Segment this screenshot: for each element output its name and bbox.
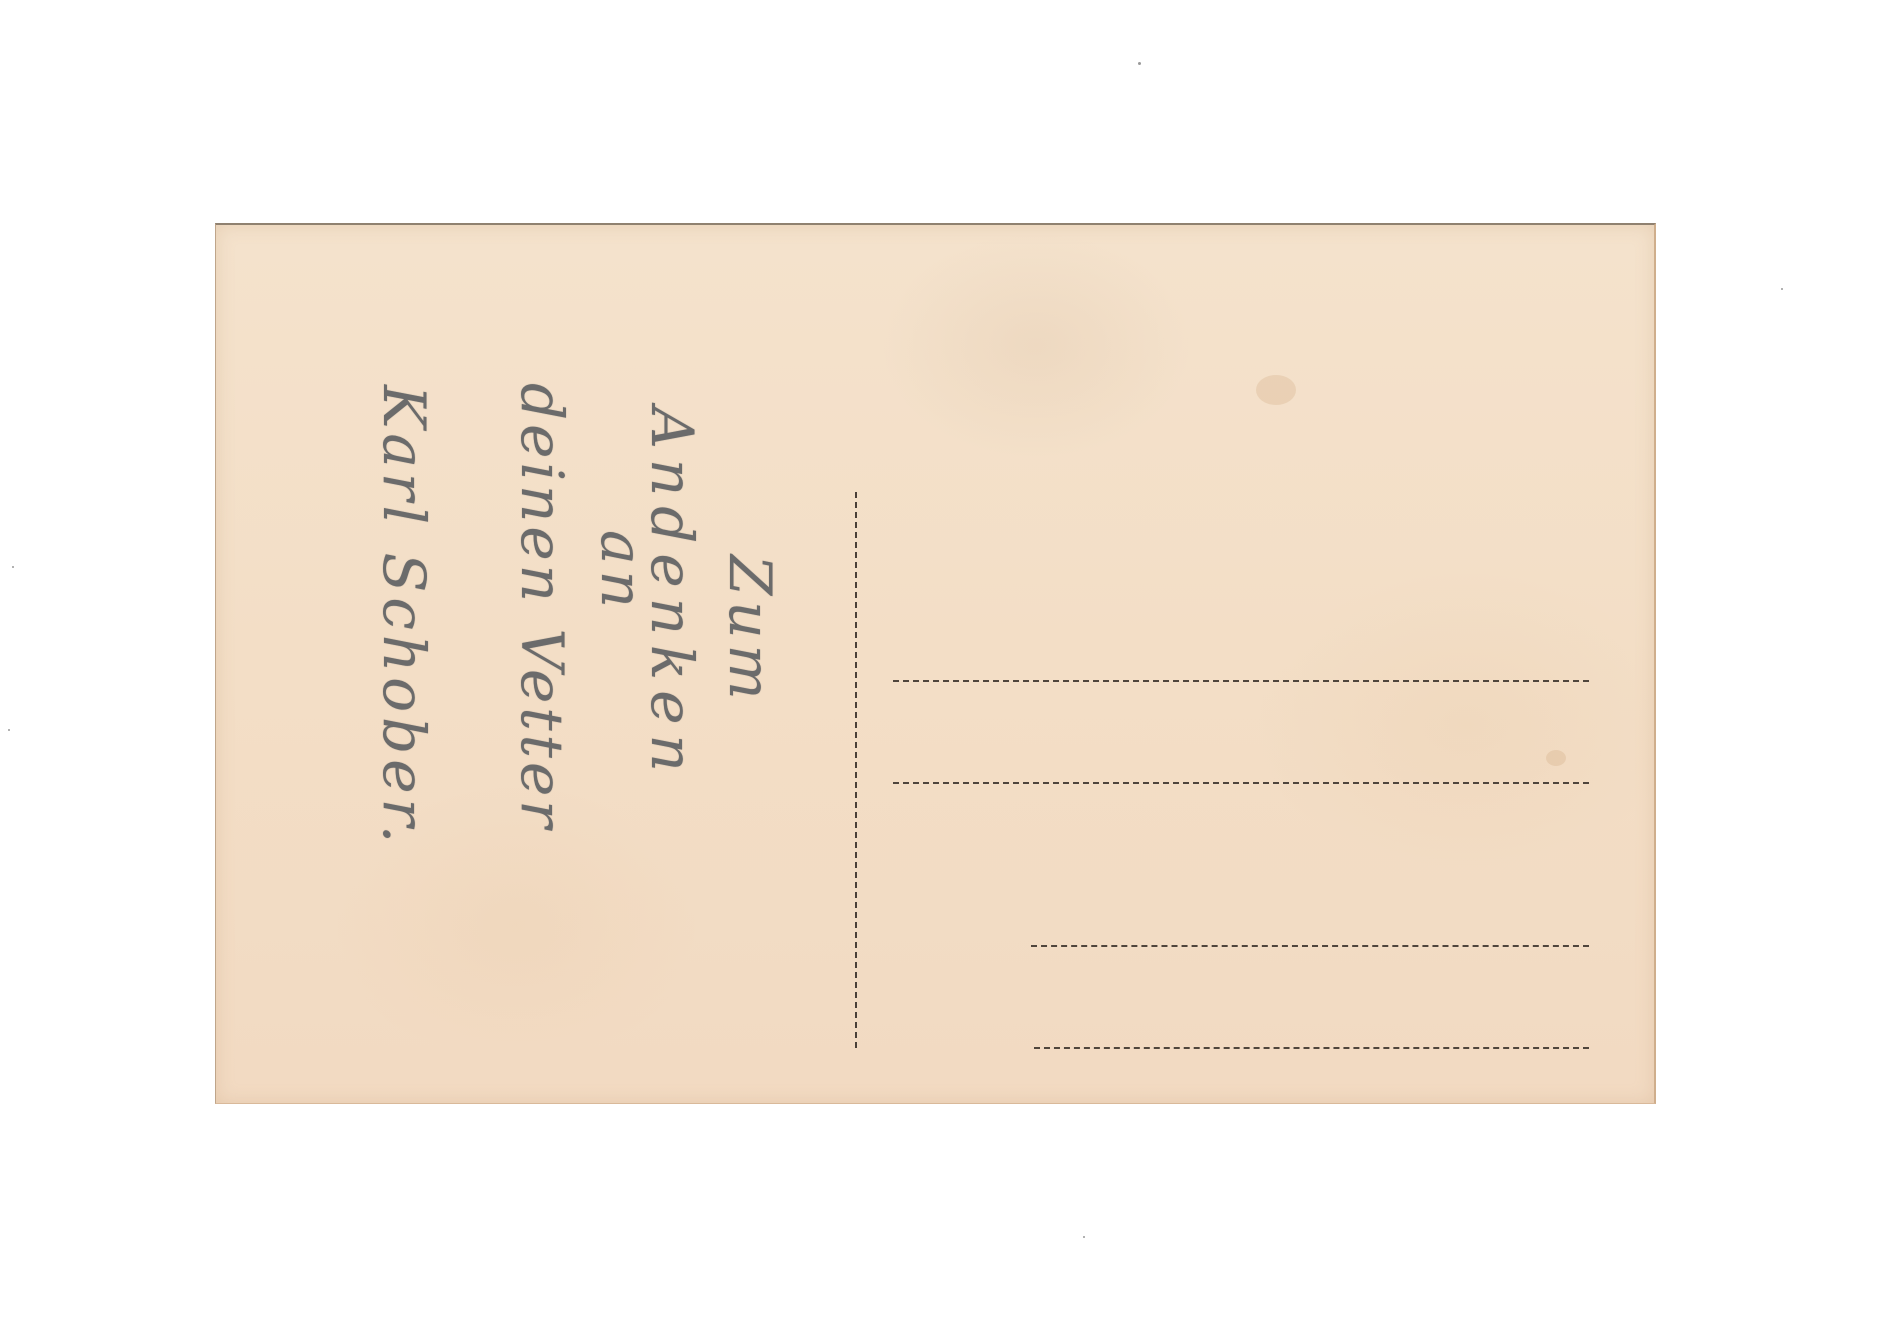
- dust-speck: [1138, 62, 1141, 65]
- dust-speck: [12, 566, 14, 568]
- paper-stain: [1256, 375, 1296, 405]
- handwriting-line-4: deinen Vetter: [508, 383, 576, 832]
- handwriting-line-3: an: [588, 530, 656, 614]
- handwriting-line-1: Zum: [716, 555, 784, 706]
- address-line-1: [893, 680, 1589, 682]
- address-line-4: [1034, 1047, 1589, 1049]
- handwriting-line-5: Karl Schober.: [370, 385, 438, 848]
- dust-speck: [8, 729, 10, 731]
- address-line-3: [1031, 945, 1589, 947]
- dust-speck: [1083, 1236, 1085, 1238]
- printed-divider-line: [855, 492, 857, 1048]
- postcard: Zum Andenken an deinen Vetter Karl Schob…: [215, 223, 1656, 1104]
- address-line-2: [893, 782, 1589, 784]
- paper-stain: [1546, 750, 1566, 766]
- dust-speck: [1781, 288, 1783, 290]
